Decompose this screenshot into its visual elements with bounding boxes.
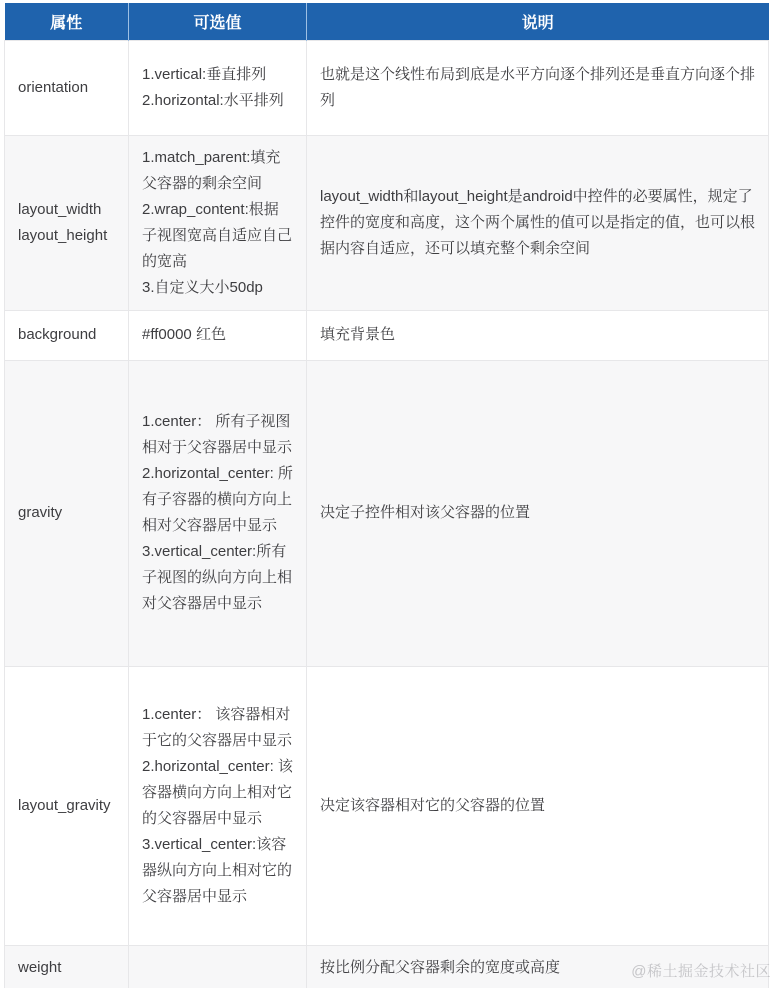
table-row-orientation: orientation 1.vertical:垂直排列 2.horizontal… bbox=[5, 40, 769, 135]
table-row-gravity: gravity 1.center： 所有子视图相对于父容器居中显示 2.hori… bbox=[5, 360, 769, 666]
attribute-cell: layout_gravity bbox=[5, 666, 129, 945]
table-row-layout-gravity: layout_gravity 1.center： 该容器相对于它的父容器居中显示… bbox=[5, 666, 769, 945]
value-item: 2.wrap_content:根据子视图宽高自适应自己的宽高 bbox=[142, 197, 293, 275]
attribute-cell: gravity bbox=[5, 360, 129, 666]
attribute-cell: orientation bbox=[5, 40, 129, 135]
table-row-background: background #ff0000 红色 填充背景色 bbox=[5, 310, 769, 360]
header-cell-attribute: 属性 bbox=[5, 3, 129, 40]
value-item: 2.horizontal_center: 该容器横向方向上相对它的父容器居中显示 bbox=[142, 754, 293, 832]
attribute-name: orientation bbox=[18, 75, 115, 101]
values-cell bbox=[129, 945, 307, 988]
values-cell: 1.center： 所有子视图相对于父容器居中显示 2.horizontal_c… bbox=[129, 360, 307, 666]
attribute-name: layout_width bbox=[18, 197, 115, 223]
attribute-name: gravity bbox=[18, 500, 115, 526]
value-item: #ff0000 红色 bbox=[142, 322, 293, 348]
value-item: 3.自定义大小50dp bbox=[142, 275, 293, 301]
attribute-cell: background bbox=[5, 310, 129, 360]
value-item: 3.vertical_center:该容器纵向方向上相对它的父容器居中显示 bbox=[142, 832, 293, 910]
table-row-layout-size: layout_width layout_height 1.match_paren… bbox=[5, 135, 769, 310]
article-table-page: 属性 可选值 说明 orientation 1.vertical:垂直排列 2.… bbox=[0, 0, 775, 988]
description-cell: 决定子控件相对该父容器的位置 bbox=[307, 360, 769, 666]
description-text: layout_width和layout_height是android中控件的必要… bbox=[320, 184, 755, 262]
values-cell: 1.center： 该容器相对于它的父容器居中显示 2.horizontal_c… bbox=[129, 666, 307, 945]
description-text: 填充背景色 bbox=[320, 322, 755, 348]
values-cell: #ff0000 红色 bbox=[129, 310, 307, 360]
value-item: 1.vertical:垂直排列 bbox=[142, 62, 293, 88]
table-header-row: 属性 可选值 说明 bbox=[5, 3, 769, 40]
description-cell: 决定该容器相对它的父容器的位置 bbox=[307, 666, 769, 945]
attribute-name: layout_height bbox=[18, 223, 115, 249]
description-text: 也就是这个线性布局到底是水平方向逐个排列还是垂直方向逐个排列 bbox=[320, 62, 755, 114]
attribute-name: weight bbox=[18, 955, 115, 981]
linearlayout-attributes-table: 属性 可选值 说明 orientation 1.vertical:垂直排列 2.… bbox=[4, 3, 769, 988]
value-item: 2.horizontal_center: 所有子容器的横向方向上相对父容器居中显… bbox=[142, 461, 293, 539]
value-item: 1.center： 所有子视图相对于父容器居中显示 bbox=[142, 409, 293, 461]
value-item: 1.center： 该容器相对于它的父容器居中显示 bbox=[142, 702, 293, 754]
description-text: 决定子控件相对该父容器的位置 bbox=[320, 500, 755, 526]
values-cell: 1.match_parent:填充父容器的剩余空间 2.wrap_content… bbox=[129, 135, 307, 310]
value-item: 1.match_parent:填充父容器的剩余空间 bbox=[142, 145, 293, 197]
values-cell: 1.vertical:垂直排列 2.horizontal:水平排列 bbox=[129, 40, 307, 135]
description-cell: layout_width和layout_height是android中控件的必要… bbox=[307, 135, 769, 310]
header-cell-description: 说明 bbox=[307, 3, 769, 40]
juejin-watermark: @稀土掘金技术社区 bbox=[631, 960, 771, 981]
description-cell: 也就是这个线性布局到底是水平方向逐个排列还是垂直方向逐个排列 bbox=[307, 40, 769, 135]
value-item: 2.horizontal:水平排列 bbox=[142, 88, 293, 114]
description-text: 决定该容器相对它的父容器的位置 bbox=[320, 793, 755, 819]
attribute-cell: layout_width layout_height bbox=[5, 135, 129, 310]
attribute-name: background bbox=[18, 322, 115, 348]
value-item: 3.vertical_center:所有子视图的纵向方向上相对父容器居中显示 bbox=[142, 539, 293, 617]
attribute-cell: weight bbox=[5, 945, 129, 988]
description-cell: 填充背景色 bbox=[307, 310, 769, 360]
attribute-name: layout_gravity bbox=[18, 793, 115, 819]
header-cell-values: 可选值 bbox=[129, 3, 307, 40]
